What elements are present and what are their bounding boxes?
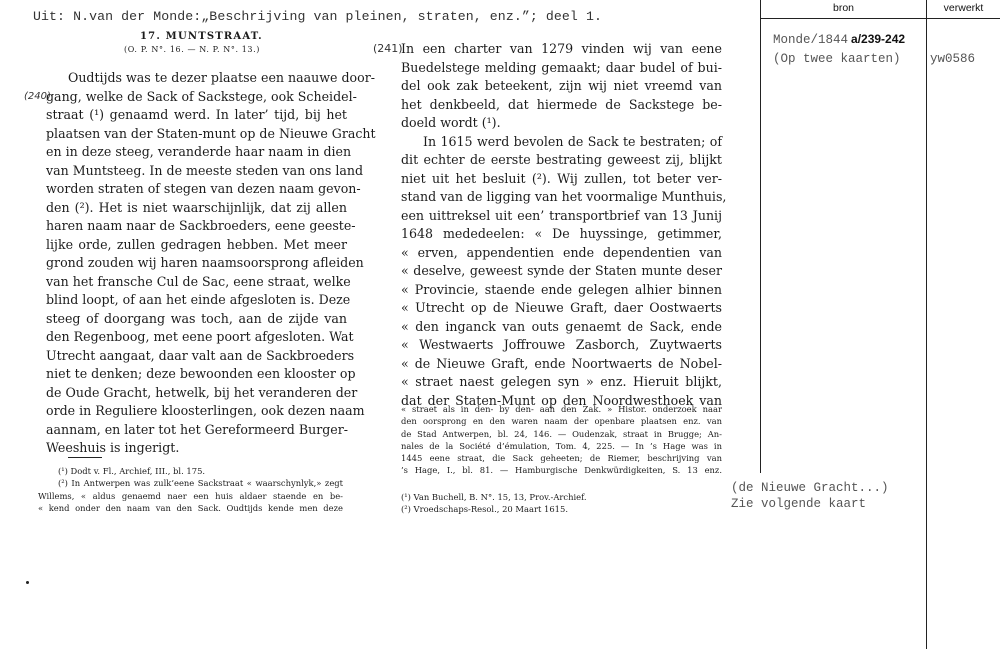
text-line: het denkbeeld, dat hiermede de Sackstege…	[401, 96, 722, 115]
footnote-2: (²) Vroedschaps-Resol., 20 Maart 1615.	[401, 503, 722, 515]
text-line: worden straten of stegen van dezen naam …	[46, 180, 347, 199]
text-line: Buedelstege melding gemaakt; daar budel …	[401, 59, 722, 78]
bron-reference: Monde/1844a/239-242	[773, 30, 905, 48]
text-line: gang, welke de Sack of Sackstege, ook Sc…	[46, 88, 347, 107]
text-line: In 1615 werd bevolen de Sack te bestrate…	[401, 133, 722, 152]
right-column-text: In een charter van 1279 vinden wij van e…	[401, 40, 722, 410]
text-line: orde in Reguliere kloosterlingen, ook de…	[46, 402, 347, 421]
footnote-line: 1445 eene straat, die Sack geheeten; de …	[401, 452, 722, 464]
text-line: aannam, en later tot het Gereformeerd Bu…	[46, 421, 347, 440]
text-line: den Regenboog, met eene poort afgesloten…	[46, 328, 347, 347]
table-left-border	[760, 0, 761, 473]
text-line: stand van de ligging van het voormalige …	[401, 188, 722, 207]
footnote-2: (²) In Antwerpen was zulk’eene Sackstraa…	[38, 477, 343, 489]
text-line: doeld wordt (¹).	[401, 114, 722, 133]
stray-mark	[26, 581, 29, 584]
text-line: Weeshuis is ingerigt.	[46, 439, 347, 458]
left-footnotes: (¹) Dodt v. Fl., Archief, III., bl. 175.…	[38, 465, 343, 514]
text-line: « Westwaerts Joffrouwe Zasborch, Zuytwae…	[401, 336, 722, 355]
article-subtitle: (O. P. N°. 16. — N. P. N°. 13.)	[124, 45, 260, 54]
text-line: van Muntsteeg. In de meeste steden van o…	[46, 162, 347, 181]
text-line: « de Nieuwe Graft, ende Noortwaerts de N…	[401, 355, 722, 374]
text-line: den (²). Het is niet waarschijnlijk, dat…	[46, 199, 347, 218]
column-header-verwerkt: verwerkt	[927, 2, 1000, 14]
text-line: een uittreksel uit een’ transportbrief v…	[401, 207, 722, 226]
text-line: « Utrecht op de Nieuwe Graft, daer Oostw…	[401, 299, 722, 318]
footnote-1: (¹) Dodt v. Fl., Archief, III., bl. 175.	[38, 465, 343, 477]
footnote-line: den oorsprong en den waren naam der open…	[401, 415, 722, 427]
text-line: plaatsen van der Staten-munt op de Nieuw…	[46, 125, 347, 144]
text-line: « den inganck van outs genaemt de Sack, …	[401, 318, 722, 337]
left-column-text: Oudtijds was te dezer plaatse een naauwe…	[46, 69, 347, 458]
text-line: blind loopt, of aan het einde afgesloten…	[46, 291, 347, 310]
bron-note: (Op twee kaarten)	[773, 52, 901, 66]
text-line: niet te denken; deze bewoonden een kloos…	[46, 365, 347, 384]
verwerkt-code: yw0586	[930, 52, 975, 66]
footnote-separator-left	[68, 457, 102, 458]
text-line: Utrecht aangaat, daar valt aan de Sackbr…	[46, 347, 347, 366]
article-title: 17. MUNTSTRAAT.	[140, 31, 263, 42]
text-line: del ook zak beteekent, zijn wij niet vre…	[401, 77, 722, 96]
text-line: 1648 mededeelen: « De huyssinge, getimme…	[401, 225, 722, 244]
text-line: « Provincie, staende ende gelegen alhier…	[401, 281, 722, 300]
text-line: straat (¹) genaamd werd. In later’ tijd,…	[46, 106, 347, 125]
text-line: grond zouden wij haren naamsoorsprong af…	[46, 254, 347, 273]
see-next-card-note: Zie volgende kaart	[731, 497, 866, 511]
text-line: « deselve, geweest synde der Staten munt…	[401, 262, 722, 281]
footnote-line: « straet als in den- by den- aan den Zak…	[401, 403, 722, 415]
bron-reference-handwritten: a/239-242	[851, 32, 905, 46]
text-line: dit echter de eerste bestrating geweest …	[401, 151, 722, 170]
text-line: steeg of doorgang was toch, aan de zijde…	[46, 310, 347, 329]
continuation-note: (de Nieuwe Gracht...)	[731, 481, 889, 495]
right-footnote-continuation: « straet als in den- by den- aan den Zak…	[401, 403, 722, 477]
text-line: « straet naest gelegen syn » enz. Hierui…	[401, 373, 722, 392]
footnote-line: Willems, « aldus genaemd naer een huis a…	[38, 490, 343, 502]
text-line: de Oude Gracht, hetwelk, bij het verande…	[46, 384, 347, 403]
table-column-divider	[926, 0, 927, 649]
text-line: niet uit het besluit (²). Wij zullen, to…	[401, 170, 722, 189]
text-line: « erven, appendentien ende dependentien …	[401, 244, 722, 263]
source-citation-line: Uit: N.van der Monde:„Beschrijving van p…	[33, 9, 602, 24]
footnote-line: nales de la Société d’émulation, Tom. 4,…	[401, 440, 722, 452]
text-line: haren naam naar de Sackbroeders, eene ge…	[46, 217, 347, 236]
text-line: Oudtijds was te dezer plaatse een naauwe…	[46, 69, 347, 88]
footnote-line: ’s Hage, I., bl. 81. — Hamburgische Denk…	[401, 464, 722, 476]
table-header-rule	[760, 18, 1000, 19]
text-line: In een charter van 1279 vinden wij van e…	[401, 40, 722, 59]
text-line: van het fransche Cul de Sac, eene straat…	[46, 273, 347, 292]
handwritten-page-number-241: (241)	[373, 42, 403, 55]
text-line: en in deze steeg, veranderde haar naam i…	[46, 143, 347, 162]
footnote-line: « kend onder den naam van den Sack. Oudt…	[38, 502, 343, 514]
column-header-bron: bron	[761, 2, 926, 14]
bron-reference-typed: Monde/1844	[773, 33, 848, 47]
right-footnotes: (¹) Van Buchell, B. N°. 15, 13, Prov.-Ar…	[401, 491, 722, 516]
footnote-line: de Stad Antwerpen, bl. 24, 146. — Oudenz…	[401, 428, 722, 440]
footnote-1: (¹) Van Buchell, B. N°. 15, 13, Prov.-Ar…	[401, 491, 722, 503]
text-line: lijke orde, zullen gedragen hebben. Met …	[46, 236, 347, 255]
